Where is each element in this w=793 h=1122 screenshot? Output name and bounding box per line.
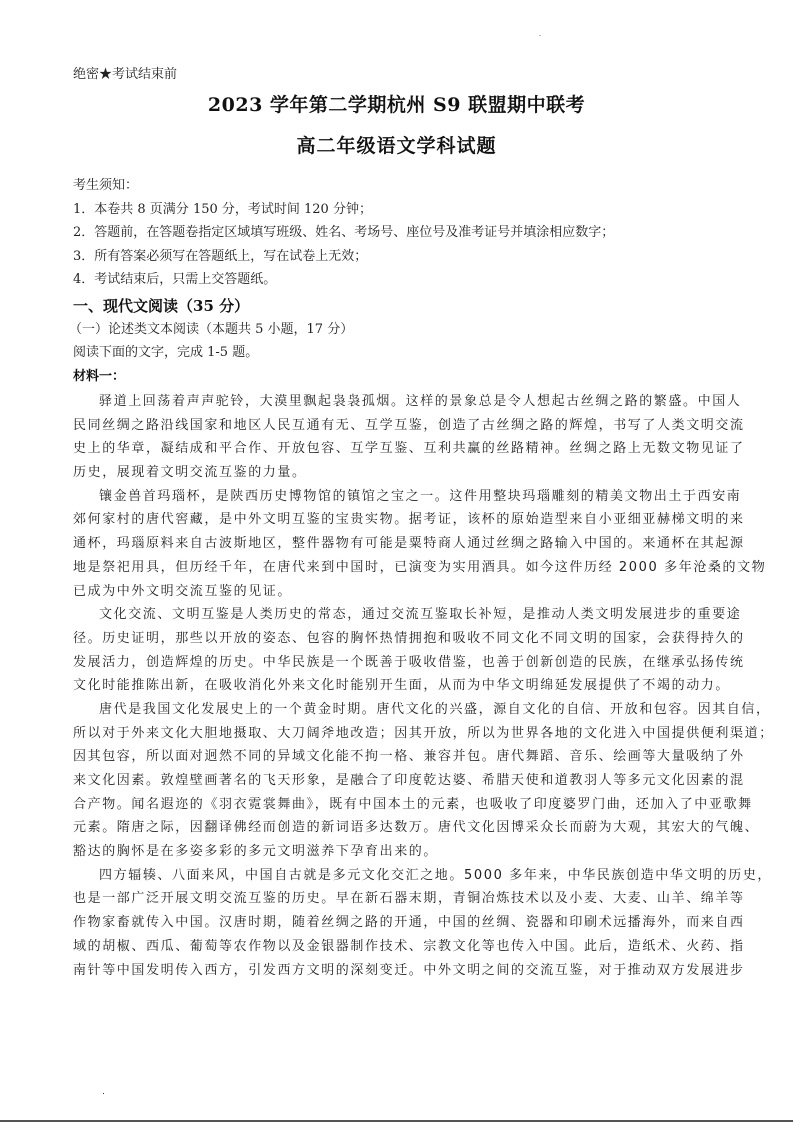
exam-subtitle: 高二年级语文学科试题 <box>0 131 793 158</box>
notice-heading: 考生须知： <box>73 174 733 198</box>
passage-line: 域的胡椒、西瓜、葡萄等农作物以及金银器制作技术、宗教文化等也传入中国。此后，造纸… <box>73 935 728 959</box>
notice-item: 2．答题前，在答题卷指定区域填写班级、姓名、考场号、座位号及准考证号并填涂相应数… <box>73 221 733 245</box>
notice-item: 1．本卷共 8 页满分 150 分，考试时间 120 分钟； <box>73 198 733 222</box>
passage-line: 郊何家村的唐代窖藏，是中外文明互鉴的宝贵实物。据考证，该杯的原始造型来自小亚细亚… <box>73 508 728 532</box>
reading-passage: 驿道上回荡着声声驼铃，大漠里飘起袅袅孤烟。这样的景象总是令人想起古丝绸之路的繁盛… <box>73 390 728 982</box>
exam-title: 2023 学年第二学期杭州 S9 联盟期中联考 <box>0 90 793 117</box>
passage-line: 南针等中国发明传入西方，引发西方文明的深刻变迁。中外文明之间的交流互鉴，对于推动… <box>73 959 728 983</box>
passage-line: 径。历史证明，那些以开放的姿态、包容的胸怀热情拥抱和吸收不同文化不同文明的国家，… <box>73 627 728 651</box>
passage-line: 发展活力，创造辉煌的历史。中华民族是一个既善于吸收借鉴，也善于创新创造的民族，在… <box>73 651 728 675</box>
exam-page: 绝密★考试结束前 2023 学年第二学期杭州 S9 联盟期中联考 高二年级语文学… <box>0 0 793 1122</box>
material-label: 材料一： <box>73 365 733 389</box>
passage-line: 来文化因素。敦煌壁画著名的飞天形象，是融合了印度乾达婆、希腊天使和道教羽人等多元… <box>73 769 728 793</box>
passage-line: 驿道上回荡着声声驼铃，大漠里飘起袅袅孤烟。这样的景象总是令人想起古丝绸之路的繁盛… <box>73 390 728 414</box>
passage-line: 镶金兽首玛瑙杯，是陕西历史博物馆的镇馆之宝之一。这件用整块玛瑙雕刻的精美文物出土… <box>73 485 728 509</box>
section-modern-reading: 一、现代文阅读（35 分） （一）论述类文本阅读（本题共 5 小题，17 分） … <box>73 294 733 389</box>
passage-line: 豁达的胸怀是在多姿多彩的多元文明滋养下孕育出来的。 <box>73 840 728 864</box>
confidentiality-note: 绝密★考试结束前 <box>73 63 177 82</box>
passage-line: 也是一部广泛开展文明交流互鉴的历史。早在新石器末期，青铜冶炼技术以及小麦、大麦、… <box>73 887 728 911</box>
passage-line: 地是祭祀用具，但历经千年，在唐代来到中国时，已演变为实用酒具。如今这件历经 20… <box>73 556 728 580</box>
notice-item: 3．所有答案必须写在答题纸上，写在试卷上无效； <box>73 245 733 269</box>
passage-line: 所以对于外来文化大胆地摄取、大刀阔斧地改造；因其开放，所以为世界各地的文化进入中… <box>73 722 728 746</box>
section-title: 一、现代文阅读（35 分） <box>73 294 733 318</box>
passage-line: 文化交流、文明互鉴是人类历史的常态，通过交流互鉴取长补短，是推动人类文明发展进步… <box>73 603 728 627</box>
passage-line: 因其包容，所以面对迥然不同的异域文化能不拘一格、兼容并包。唐代舞蹈、音乐、绘画等… <box>73 745 728 769</box>
passage-line: 已成为中外文明交流互鉴的见证。 <box>73 580 728 604</box>
passage-line: 通杯，玛瑙原料来自古波斯地区，整件器物有可能是粟特商人通过丝绸之路输入中国的。来… <box>73 532 728 556</box>
notice-item: 4．考试结束后，只需上交答题纸。 <box>73 268 733 292</box>
subsection-title: （一）论述类文本阅读（本题共 5 小题，17 分） <box>69 318 733 341</box>
passage-line: 民同丝绸之路沿线国家和地区人民互通有无、互学互鉴，创造了古丝绸之路的辉煌，书写了… <box>73 414 728 438</box>
passage-line: 文化时能推陈出新，在吸收消化外来文化时能别开生面，从而为中华文明绵延发展提供了不… <box>73 674 728 698</box>
passage-line: 元素。隋唐之际，因翻译佛经而创造的新词语多达数万。唐代文化因博采众长而蔚为大观，… <box>73 816 728 840</box>
reading-instruction: 阅读下面的文字，完成 1-5 题。 <box>73 341 733 365</box>
passage-line: 历史，展现着文明交流互鉴的力量。 <box>73 461 728 485</box>
scan-speck <box>103 1093 104 1094</box>
candidate-notice: 考生须知： 1．本卷共 8 页满分 150 分，考试时间 120 分钟； 2．答… <box>73 174 733 292</box>
passage-line: 作物家畜就传入中国。汉唐时期，随着丝绸之路的开通，中国的丝绸、瓷器和印刷术远播海… <box>73 911 728 935</box>
passage-line: 唐代是我国文化发展史上的一个黄金时期。唐代文化的兴盛，源自文化的自信、开放和包容… <box>73 698 728 722</box>
scan-speck <box>539 35 541 36</box>
passage-line: 合产物。闻名遐迩的《羽衣霓裳舞曲》，既有中国本土的元素，也吸收了印度婆罗门曲，还… <box>73 793 728 817</box>
passage-line: 史上的华章，凝结成和平合作、开放包容、互学互鉴、互利共赢的丝路精神。丝绸之路上无… <box>73 437 728 461</box>
passage-line: 四方辐辏、八面来风，中国自古就是多元文化交汇之地。5000 多年来，中华民族创造… <box>73 864 728 888</box>
